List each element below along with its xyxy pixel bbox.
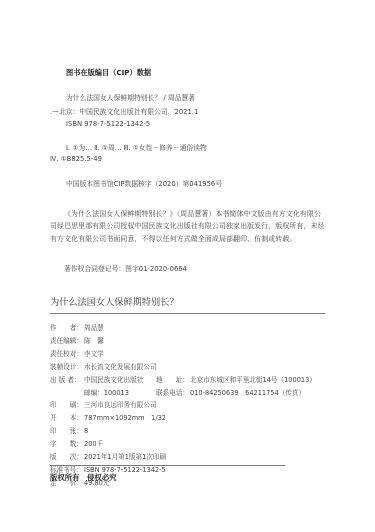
info-value: 200千 <box>84 440 103 448</box>
info-row: 作 者：周品慧 <box>50 322 350 332</box>
info-label: 责任编辑： <box>50 335 84 345</box>
info-label: 印 张： <box>50 425 84 435</box>
info-row: 字 数：200千 <box>50 438 350 448</box>
copyright-footer: 版权所有 侵权必究 <box>50 472 117 483</box>
info-row: 开 本：787mm×1092mm 1/32 <box>50 412 350 422</box>
info-extra-value: 010-84250639 64211754（传真） <box>190 387 305 397</box>
info-value: 周品慧 <box>84 324 104 332</box>
info-value: 陈 馨 <box>84 337 104 345</box>
cip-title-line: 为什么法国女人保鲜期特别长？ / 周品慧著 <box>66 92 195 102</box>
info-row: 出 版 者：中国民族文化出版社地 址：北京市东城区和平里北街14号（100013… <box>50 374 350 384</box>
info-extra-label: 地 址： <box>156 374 189 384</box>
info-value: 中国民族文化出版社 <box>84 376 143 384</box>
info-row: 责任编辑：陈 馨 <box>50 335 350 345</box>
book-title: 为什么法国女人保鲜期特别长？ <box>50 294 179 308</box>
info-value: 三河市良远印务有限公司 <box>84 401 157 409</box>
info-value: 787mm×1092mm 1/32 <box>84 414 166 422</box>
info-row: 责任校对：李文学 <box>50 348 350 358</box>
cip-publisher-line: .—北京：中国民族文化出版社有限公司，2021.1 <box>50 106 198 116</box>
info-row: 版 次：2021年1月第1版第1次印刷 <box>50 451 350 461</box>
cip-heading: 图书在版编目（CIP）数据 <box>66 68 151 78</box>
info-label: 作 者： <box>50 322 84 332</box>
copyright-notice: 《为什么法国女人保鲜期特别长？》（周品慧著）本书简体中文版由有方文化有限公司经巴… <box>50 208 326 245</box>
info-row: 邮编：100013联系电话：010-84250639 64211754（传真） <box>50 387 350 397</box>
info-row: 印 刷：三河市良远印务有限公司 <box>50 399 350 409</box>
info-label: 出 版 者： <box>50 374 84 384</box>
info-label: 装帧设计： <box>50 361 84 371</box>
info-value: 水长流文化发展有限公司 <box>84 363 157 371</box>
contract-registration: 著作权合同登记号：图字01-2020-0664 <box>64 263 187 273</box>
cip-classification-2: Ⅳ. ①B825.5-49 <box>50 155 102 163</box>
info-label: 印 刷： <box>50 399 84 409</box>
info-value: 2021年1月第1版第1次印刷 <box>84 453 166 461</box>
title-divider <box>50 313 325 314</box>
info-value: 李文学 <box>84 350 104 358</box>
cip-isbn: ISBN 978-7-5122-1342-5 <box>66 120 150 128</box>
info-label: 责任校对： <box>50 348 84 358</box>
info-label: 版 次： <box>50 451 84 461</box>
info-extra-value: 北京市东城区和平里北街14号（100013） <box>190 374 316 384</box>
copyright-paragraph: 《为什么法国女人保鲜期特别长？》（周品慧著）本书简体中文版由有方文化有限公司经巴… <box>50 210 325 243</box>
cip-number: 中国版本图书馆CIP数据核字（2020）第041956号 <box>66 178 222 188</box>
info-value: 邮编：100013 <box>84 389 129 397</box>
info-label: 字 数： <box>50 438 84 448</box>
info-row: 印 张：8 <box>50 425 350 435</box>
info-extra-label: 联系电话： <box>156 387 189 397</box>
info-value: 8 <box>84 427 88 435</box>
cip-classification: Ⅰ. ①为… Ⅱ. ①周… Ⅲ. ①女性－修养－通俗读物 <box>66 142 207 152</box>
info-label: 开 本： <box>50 412 84 422</box>
footer-divider <box>50 465 285 466</box>
info-row: 装帧设计：水长流文化发展有限公司 <box>50 361 350 371</box>
